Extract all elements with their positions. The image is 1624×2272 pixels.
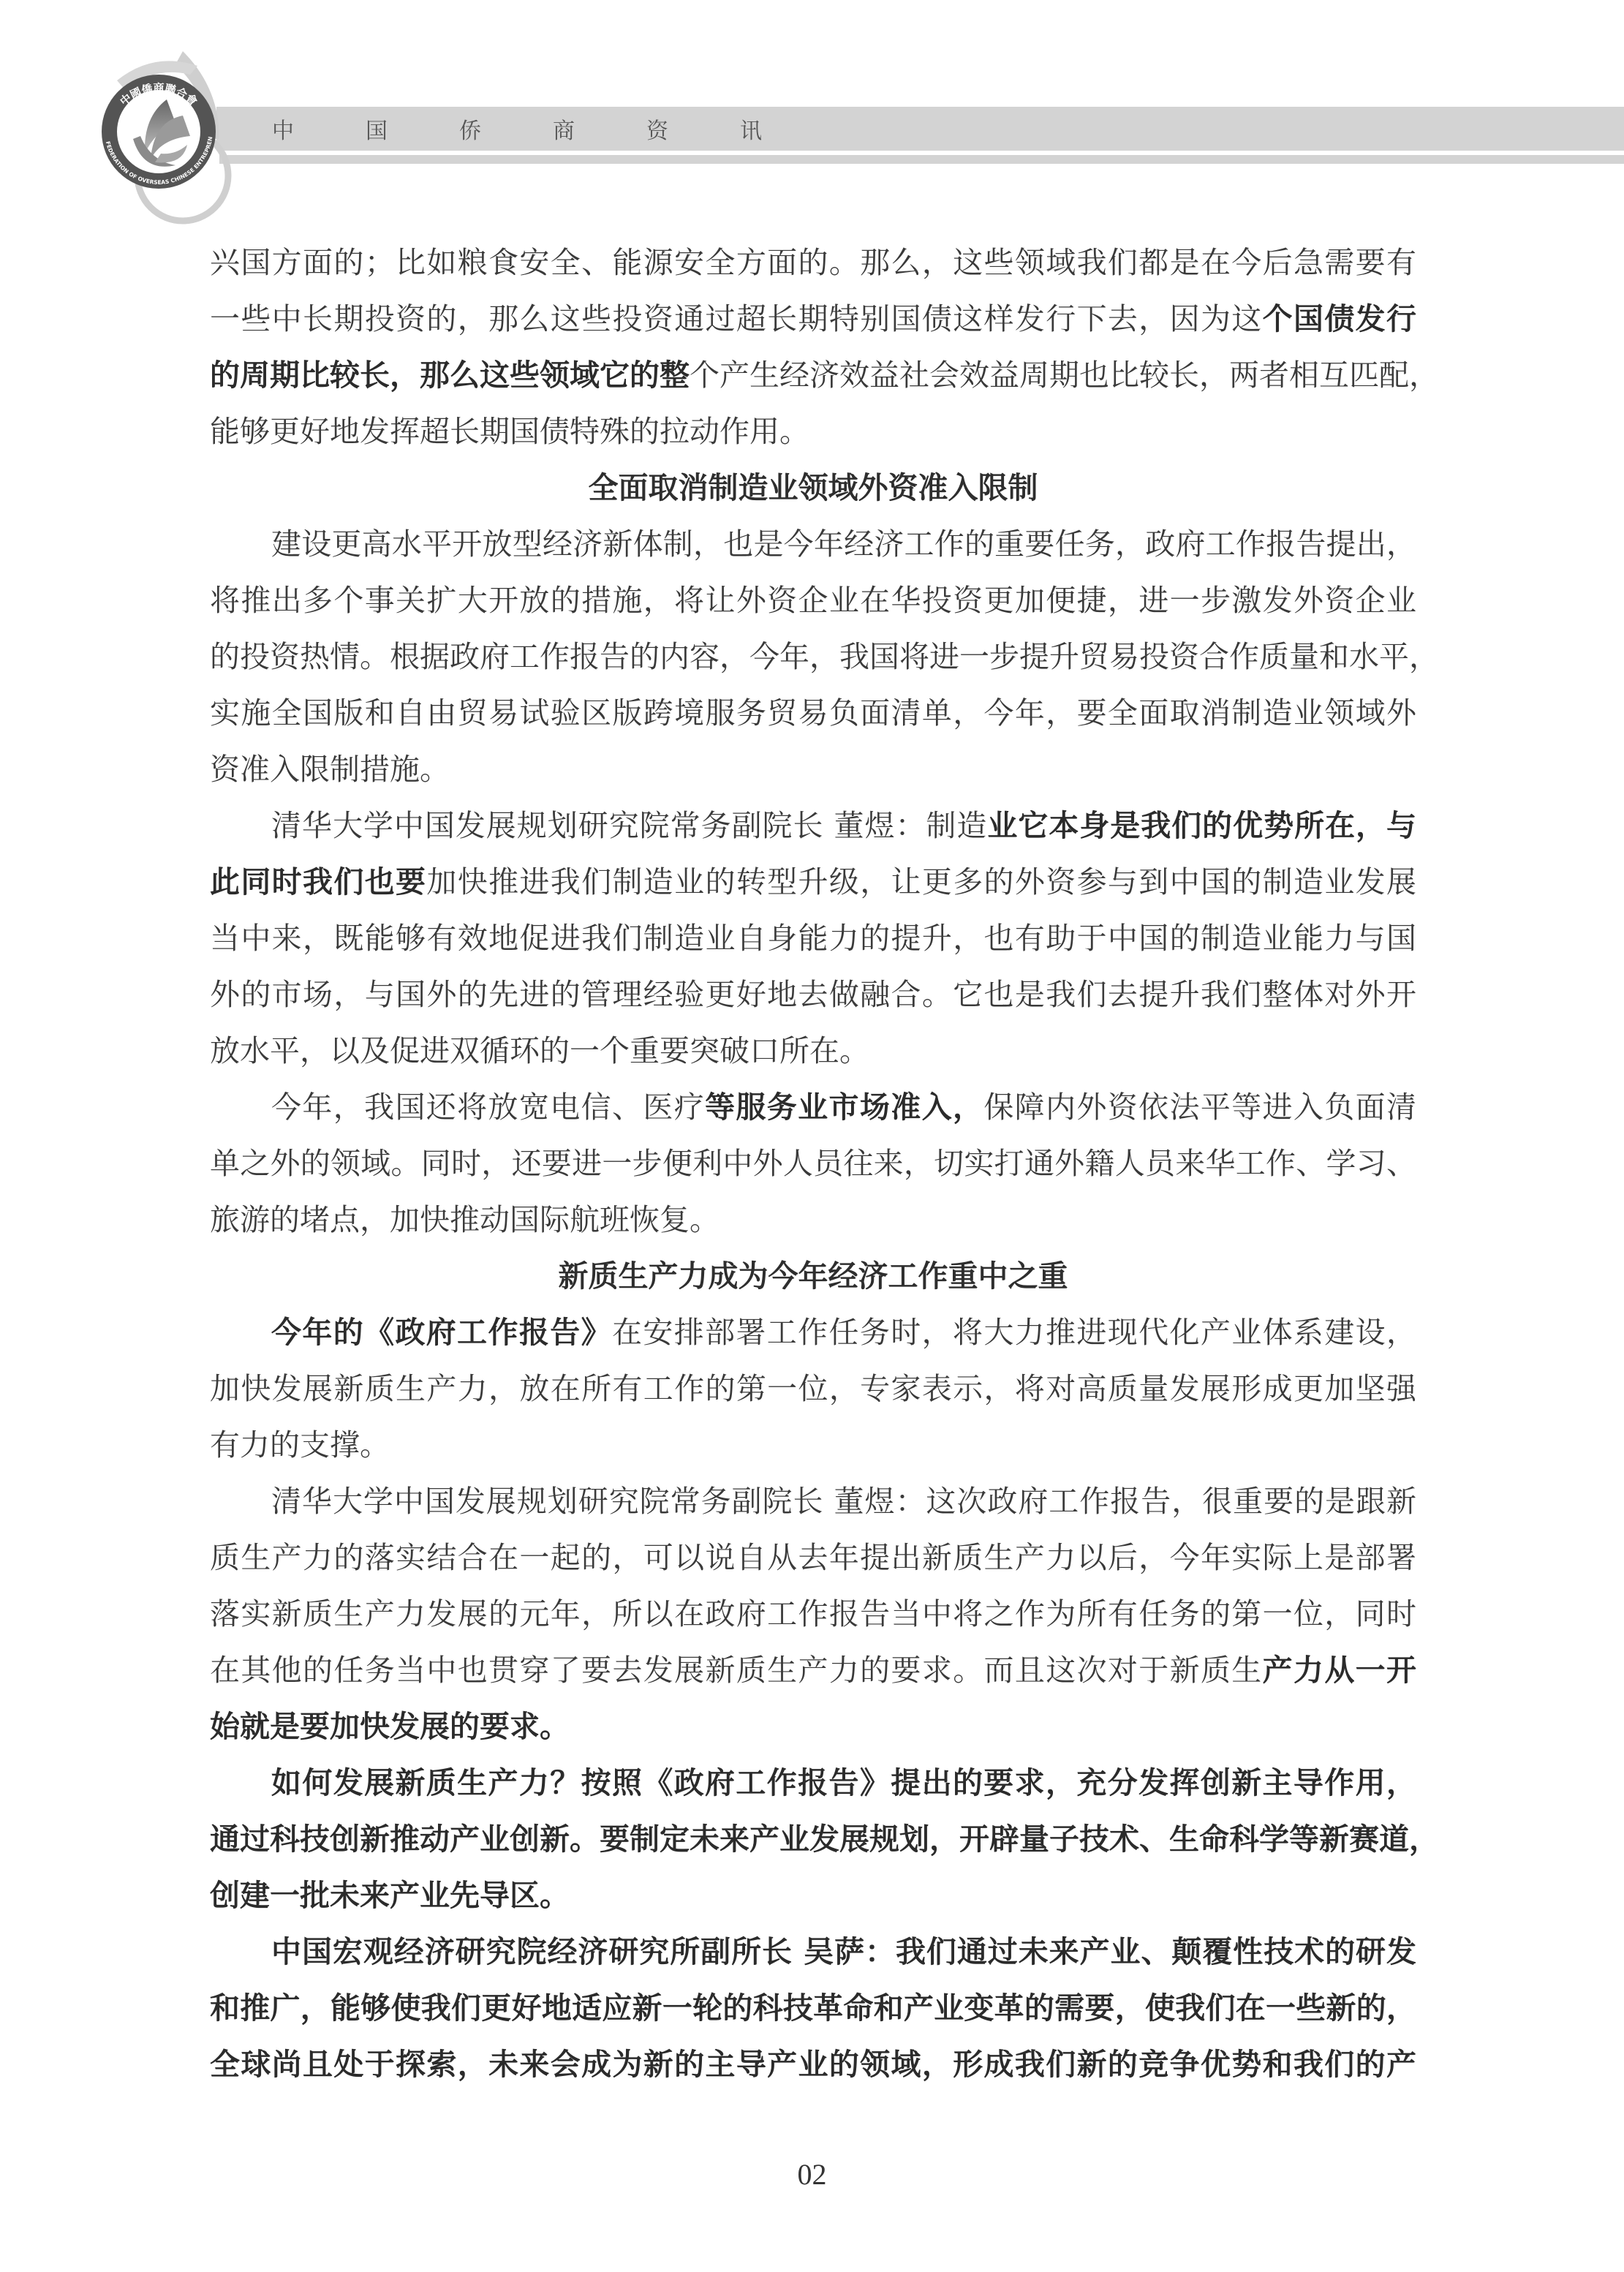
- line-text: 加快推进我们制造业的转型升级，让更多的外资参与到中国的制造业发展: [426, 864, 1416, 899]
- text-line: 一些中长期投资的，那么这些投资通过超长期特别国债这样发行下去，因为这个国债发行: [210, 291, 1416, 347]
- federation-logo-icon: 中國僑商聯合會 CHINA FEDERATION OF OVERSEAS CHI…: [73, 29, 263, 249]
- emphasized-text: 如何发展新质生产力？按照《政府工作报告》提出的要求，充分发挥创新主导作用，: [271, 1765, 1416, 1800]
- section-heading: 全面取消制造业领域外资准入限制: [210, 460, 1416, 516]
- text-line: 当中来，既能够有效地促进我们制造业自身能力的提升，也有助于中国的制造业能力与国: [210, 910, 1416, 967]
- text-line: 将推出多个事关扩大开放的措施，将让外资企业在华投资更加便捷，进一步激发外资企业: [210, 573, 1416, 629]
- text-line: 在其他的任务当中也贯穿了要去发展新质生产力的要求。而且这次对于新质生产力从一开: [210, 1642, 1416, 1699]
- text-line: 兴国方面的；比如粮食安全、能源安全方面的。那么，这些领域我们都是在今后急需要有: [210, 235, 1416, 291]
- text-line: 单之外的领域。同时，还要进一步便利中外人员往来，切实打通外籍人员来华工作、学习、: [210, 1136, 1416, 1192]
- text-line: 有力的支撑。: [210, 1417, 1416, 1473]
- line-text: 在安排部署工作任务时，将大力推进现代化产业体系建设，: [612, 1315, 1416, 1350]
- text-line: 今年的《政府工作报告》在安排部署工作任务时，将大力推进现代化产业体系建设，: [210, 1305, 1416, 1361]
- header-underline: [219, 155, 1624, 164]
- line-text: 落实新质生产力发展的元年，所以在政府工作报告当中将之作为所有任务的第一位，同时: [210, 1596, 1416, 1631]
- text-line: 和推广，能够使我们更好地适应新一轮的科技革命和产业变革的需要，使我们在一些新的，: [210, 1980, 1416, 2037]
- line-text: 兴国方面的；比如粮食安全、能源安全方面的。那么，这些领域我们都是在今后急需要有: [210, 245, 1416, 280]
- line-text: 有力的支撑。: [210, 1427, 390, 1463]
- emphasized-text: 和推广，能够使我们更好地适应新一轮的科技革命和产业变革的需要，使我们在一些新的，: [210, 1990, 1416, 2026]
- line-text: 的投资热情。根据政府工作报告的内容，今年，我国将进一步提升贸易投资合作质量和水平…: [210, 639, 1439, 674]
- text-line: 的投资热情。根据政府工作报告的内容，今年，我国将进一步提升贸易投资合作质量和水平…: [210, 629, 1416, 685]
- line-text: 将推出多个事关扩大开放的措施，将让外资企业在华投资更加便捷，进一步激发外资企业: [210, 583, 1416, 618]
- emphasized-text: 创建一批未来产业先导区。: [210, 1878, 570, 1913]
- text-line: 此同时我们也要加快推进我们制造业的转型升级，让更多的外资参与到中国的制造业发展: [210, 854, 1416, 910]
- line-text: 清华大学中国发展规划研究院常务副院长 董煜：这次政府工作报告，很重要的是跟新: [271, 1484, 1416, 1519]
- emphasized-text: 今年的《政府工作报告》: [271, 1315, 612, 1350]
- line-text: 实施全国版和自由贸易试验区版跨境服务贸易负面清单，今年，要全面取消制造业领域外: [210, 695, 1416, 731]
- text-line: 实施全国版和自由贸易试验区版跨境服务贸易负面清单，今年，要全面取消制造业领域外: [210, 685, 1416, 741]
- line-text: 质生产力的落实结合在一起的，可以说自从去年提出新质生产力以后，今年实际上是部署: [210, 1540, 1416, 1575]
- text-line: 始就是要加快发展的要求。: [210, 1699, 1416, 1755]
- title-char: 商: [553, 113, 646, 145]
- line-text: 保障内外资依法平等进入负面清: [983, 1090, 1416, 1125]
- text-line: 资准入限制措施。: [210, 741, 1416, 798]
- text-line: 质生产力的落实结合在一起的，可以说自从去年提出新质生产力以后，今年实际上是部署: [210, 1530, 1416, 1586]
- text-line: 的周期比较长，那么这些领域它的整个产生经济效益社会效益周期也比较长，两者相互匹配…: [210, 347, 1416, 404]
- publication-title: 中 国 侨 商 资 讯: [272, 111, 834, 146]
- line-text: 在其他的任务当中也贯穿了要去发展新质生产力的要求。而且这次对于新质生: [210, 1653, 1263, 1688]
- line-text: 全面取消制造业领域外资准入限制: [589, 470, 1038, 505]
- line-text: 一些中长期投资的，那么这些投资通过超长期特别国债这样发行下去，因为这: [210, 301, 1263, 336]
- line-text: 个产生经济效益社会效益周期也比较长，两者相互匹配，: [690, 358, 1439, 393]
- line-text: 旅游的堵点，加快推动国际航班恢复。: [210, 1202, 720, 1237]
- text-line: 外的市场，与国外的先进的管理经验更好地去做融合。它也是我们去提升我们整体对外开: [210, 967, 1416, 1023]
- emphasized-text: 个国债发行: [1263, 301, 1416, 336]
- text-line: 通过科技创新推动产业创新。要制定未来产业发展规划，开辟量子技术、生命科学等新赛道…: [210, 1811, 1416, 1868]
- emphasized-text: 通过科技创新推动产业创新。要制定未来产业发展规划，开辟量子技术、生命科学等新赛道…: [210, 1822, 1439, 1857]
- title-char: 中: [272, 113, 366, 145]
- title-char: 资: [646, 113, 740, 145]
- emphasized-text: 业它本身是我们的优势所在，与: [987, 808, 1416, 843]
- text-line: 放水平，以及促进双循环的一个重要突破口所在。: [210, 1023, 1416, 1079]
- text-line: 全球尚且处于探索，未来会成为新的主导产业的领域，形成我们新的竞争优势和我们的产: [210, 2037, 1416, 2093]
- emphasized-text: 的周期比较长，那么这些领域它的整: [210, 358, 690, 393]
- text-line: 加快发展新质生产力，放在所有工作的第一位，专家表示，将对高质量发展形成更加坚强: [210, 1361, 1416, 1417]
- text-line: 旅游的堵点，加快推动国际航班恢复。: [210, 1192, 1416, 1248]
- title-char: 国: [366, 113, 459, 145]
- emphasized-text: 始就是要加快发展的要求。: [210, 1709, 570, 1744]
- article-body: 兴国方面的；比如粮食安全、能源安全方面的。那么，这些领域我们都是在今后急需要有一…: [210, 235, 1416, 2093]
- text-line: 能够更好地发挥超长期国债特殊的拉动作用。: [210, 404, 1416, 460]
- line-text: 资准入限制措施。: [210, 752, 450, 787]
- text-line: 建设更高水平开放型经济新体制，也是今年经济工作的重要任务，政府工作报告提出，: [210, 516, 1416, 573]
- title-char: 讯: [740, 113, 834, 145]
- section-heading: 新质生产力成为今年经济工作重中之重: [210, 1248, 1416, 1305]
- emphasized-text: 中国宏观经济研究院经济研究所副所长 吴萨：我们通过未来产业、颠覆性技术的研发: [271, 1934, 1416, 1969]
- text-line: 如何发展新质生产力？按照《政府工作报告》提出的要求，充分发挥创新主导作用，: [210, 1755, 1416, 1811]
- line-text: 清华大学中国发展规划研究院常务副院长 董煜：制造: [271, 808, 987, 843]
- line-text: 单之外的领域。同时，还要进一步便利中外人员往来，切实打通外籍人员来华工作、学习、: [210, 1146, 1416, 1181]
- emphasized-text: 此同时我们也要: [210, 864, 426, 899]
- line-text: 外的市场，与国外的先进的管理经验更好地去做融合。它也是我们去提升我们整体对外开: [210, 977, 1416, 1012]
- emphasized-text: 等服务业市场准入，: [705, 1090, 983, 1125]
- emphasized-text: 产力从一开: [1263, 1653, 1416, 1688]
- text-line: 中国宏观经济研究院经济研究所副所长 吴萨：我们通过未来产业、颠覆性技术的研发: [210, 1924, 1416, 1980]
- line-text: 今年，我国还将放宽电信、医疗: [271, 1090, 705, 1125]
- line-text: 当中来，既能够有效地促进我们制造业自身能力的提升，也有助于中国的制造业能力与国: [210, 921, 1416, 956]
- text-line: 创建一批未来产业先导区。: [210, 1868, 1416, 1924]
- line-text: 放水平，以及促进双循环的一个重要突破口所在。: [210, 1033, 869, 1068]
- line-text: 建设更高水平开放型经济新体制，也是今年经济工作的重要任务，政府工作报告提出，: [271, 527, 1416, 562]
- text-line: 落实新质生产力发展的元年，所以在政府工作报告当中将之作为所有任务的第一位，同时: [210, 1586, 1416, 1642]
- text-line: 清华大学中国发展规划研究院常务副院长 董煜：制造业它本身是我们的优势所在，与: [210, 798, 1416, 854]
- title-char: 侨: [459, 113, 553, 145]
- line-text: 能够更好地发挥超长期国债特殊的拉动作用。: [210, 414, 809, 449]
- text-line: 清华大学中国发展规划研究院常务副院长 董煜：这次政府工作报告，很重要的是跟新: [210, 1473, 1416, 1530]
- line-text: 加快发展新质生产力，放在所有工作的第一位，专家表示，将对高质量发展形成更加坚强: [210, 1371, 1416, 1406]
- page-number: 02: [0, 2157, 1624, 2192]
- line-text: 新质生产力成为今年经济工作重中之重: [559, 1258, 1068, 1294]
- emphasized-text: 全球尚且处于探索，未来会成为新的主导产业的领域，形成我们新的竞争优势和我们的产: [210, 2047, 1416, 2082]
- text-line: 今年，我国还将放宽电信、医疗等服务业市场准入，保障内外资依法平等进入负面清: [210, 1079, 1416, 1136]
